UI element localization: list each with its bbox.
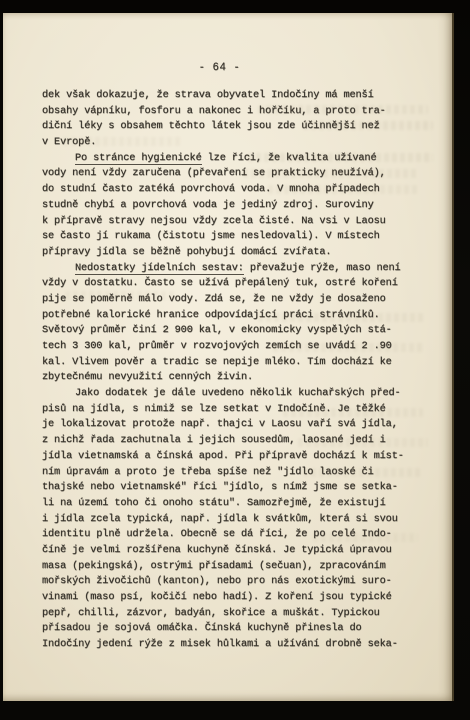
text-line: jídla vietnamská a čínská apod. Při příp…: [42, 449, 416, 465]
text-line: mořských živočichů (kanton), nebo pro ná…: [42, 574, 416, 590]
text-line: masa (pekingská), ostrými přísadami (seč…: [42, 559, 416, 575]
paragraph: dek však dokazuje, že strava obyvatel In…: [42, 88, 416, 151]
text-line: kal. Vlivem pověr a tradic se nepije mlé…: [42, 355, 416, 371]
text-line: zbytečnému nevyužití cenných živin.: [42, 370, 416, 386]
text-line: přísadou je sojová omáčka. Čínská kuchyn…: [42, 621, 416, 637]
text-line: Nedostatky jídelních sestav: převažuje r…: [42, 261, 416, 277]
text-line: Jako dodatek je dále uvedeno několik kuc…: [42, 386, 416, 402]
text-line: z nichž řada zachutnala i jejich sousedů…: [42, 433, 416, 449]
text-line: vinami (maso psí, kočičí nebo hadí). Z k…: [42, 590, 416, 606]
text-body: dek však dokazuje, že strava obyvatel In…: [42, 88, 416, 653]
text-line: ním úpravám a proto je třeba spíše než "…: [42, 465, 416, 481]
text-line: Po stránce hygienické lze říci, že kvali…: [42, 151, 416, 167]
text-line: k přípravě stravy nejsou vždy zcela čist…: [42, 214, 416, 230]
text-line: Světový průměr činí 2 900 kal, v ekonomi…: [42, 323, 416, 339]
text-line: thajské nebo vietnamské" říci "jídlo, s …: [42, 480, 416, 496]
text-line: je lokalizovat protože např. thajci v La…: [42, 417, 416, 433]
text-line: dek však dokazuje, že strava obyvatel In…: [42, 88, 416, 104]
document-page: - 64 - dek však dokazuje, že strava obyv…: [3, 13, 452, 701]
text-line: v Evropě.: [42, 135, 416, 151]
text-line: Indočíny jedení rýže z misek hůlkami a u…: [42, 637, 416, 653]
text-line: vždy v dostatku. Často se užívá přepálen…: [42, 276, 416, 292]
page-number: - 64 -: [42, 62, 397, 74]
underlined-heading: Nedostatky jídelních sestav:: [75, 262, 244, 276]
text-line: pepř, chilli, zázvor, badyán, skořice a …: [42, 606, 416, 622]
text-line: do studní často zatéká povrchová voda. V…: [42, 182, 416, 198]
text-line: číně je velmi rozšířena kuchyně čínská. …: [42, 543, 416, 559]
text-line: tech 3 300 kal, průměr v rozvojových zem…: [42, 339, 416, 355]
text-line: studně chybí a povrchová voda je jediný …: [42, 198, 416, 214]
text-line: přípravy jídla se běžně pohybují domácí …: [42, 245, 416, 261]
paragraph: Po stránce hygienické lze říci, že kvali…: [42, 151, 416, 261]
text-line: diční léky s obsahem těchto látek jsou z…: [42, 119, 416, 135]
text-line: se často jí rukama (čistotu jsme nesledo…: [42, 229, 416, 245]
text-line: i jídla zcela typická, např. jídla k svá…: [42, 512, 416, 528]
paragraph: Nedostatky jídelních sestav: převažuje r…: [42, 261, 416, 387]
text-line: li na území toho či onoho státu". Samozř…: [42, 496, 416, 512]
text-line: potřebné kalorické hranice odpovídající …: [42, 308, 416, 324]
text-line: pisů na jídla, s nimiž se lze setkat v I…: [42, 402, 416, 418]
text-line: pije se poměrně málo vody. Zdá se, že ne…: [42, 292, 416, 308]
text-line: obsahy vápníku, fosforu a nakonec i hořč…: [42, 104, 416, 120]
underlined-heading: Po stránce hygienické: [75, 152, 202, 166]
paragraph: Jako dodatek je dále uvedeno několik kuc…: [42, 386, 416, 653]
text-line: vody není vždy zaručena (převaření se pr…: [42, 166, 416, 182]
text-line: identitu plně udržela. Obecně se dá říci…: [42, 527, 416, 543]
